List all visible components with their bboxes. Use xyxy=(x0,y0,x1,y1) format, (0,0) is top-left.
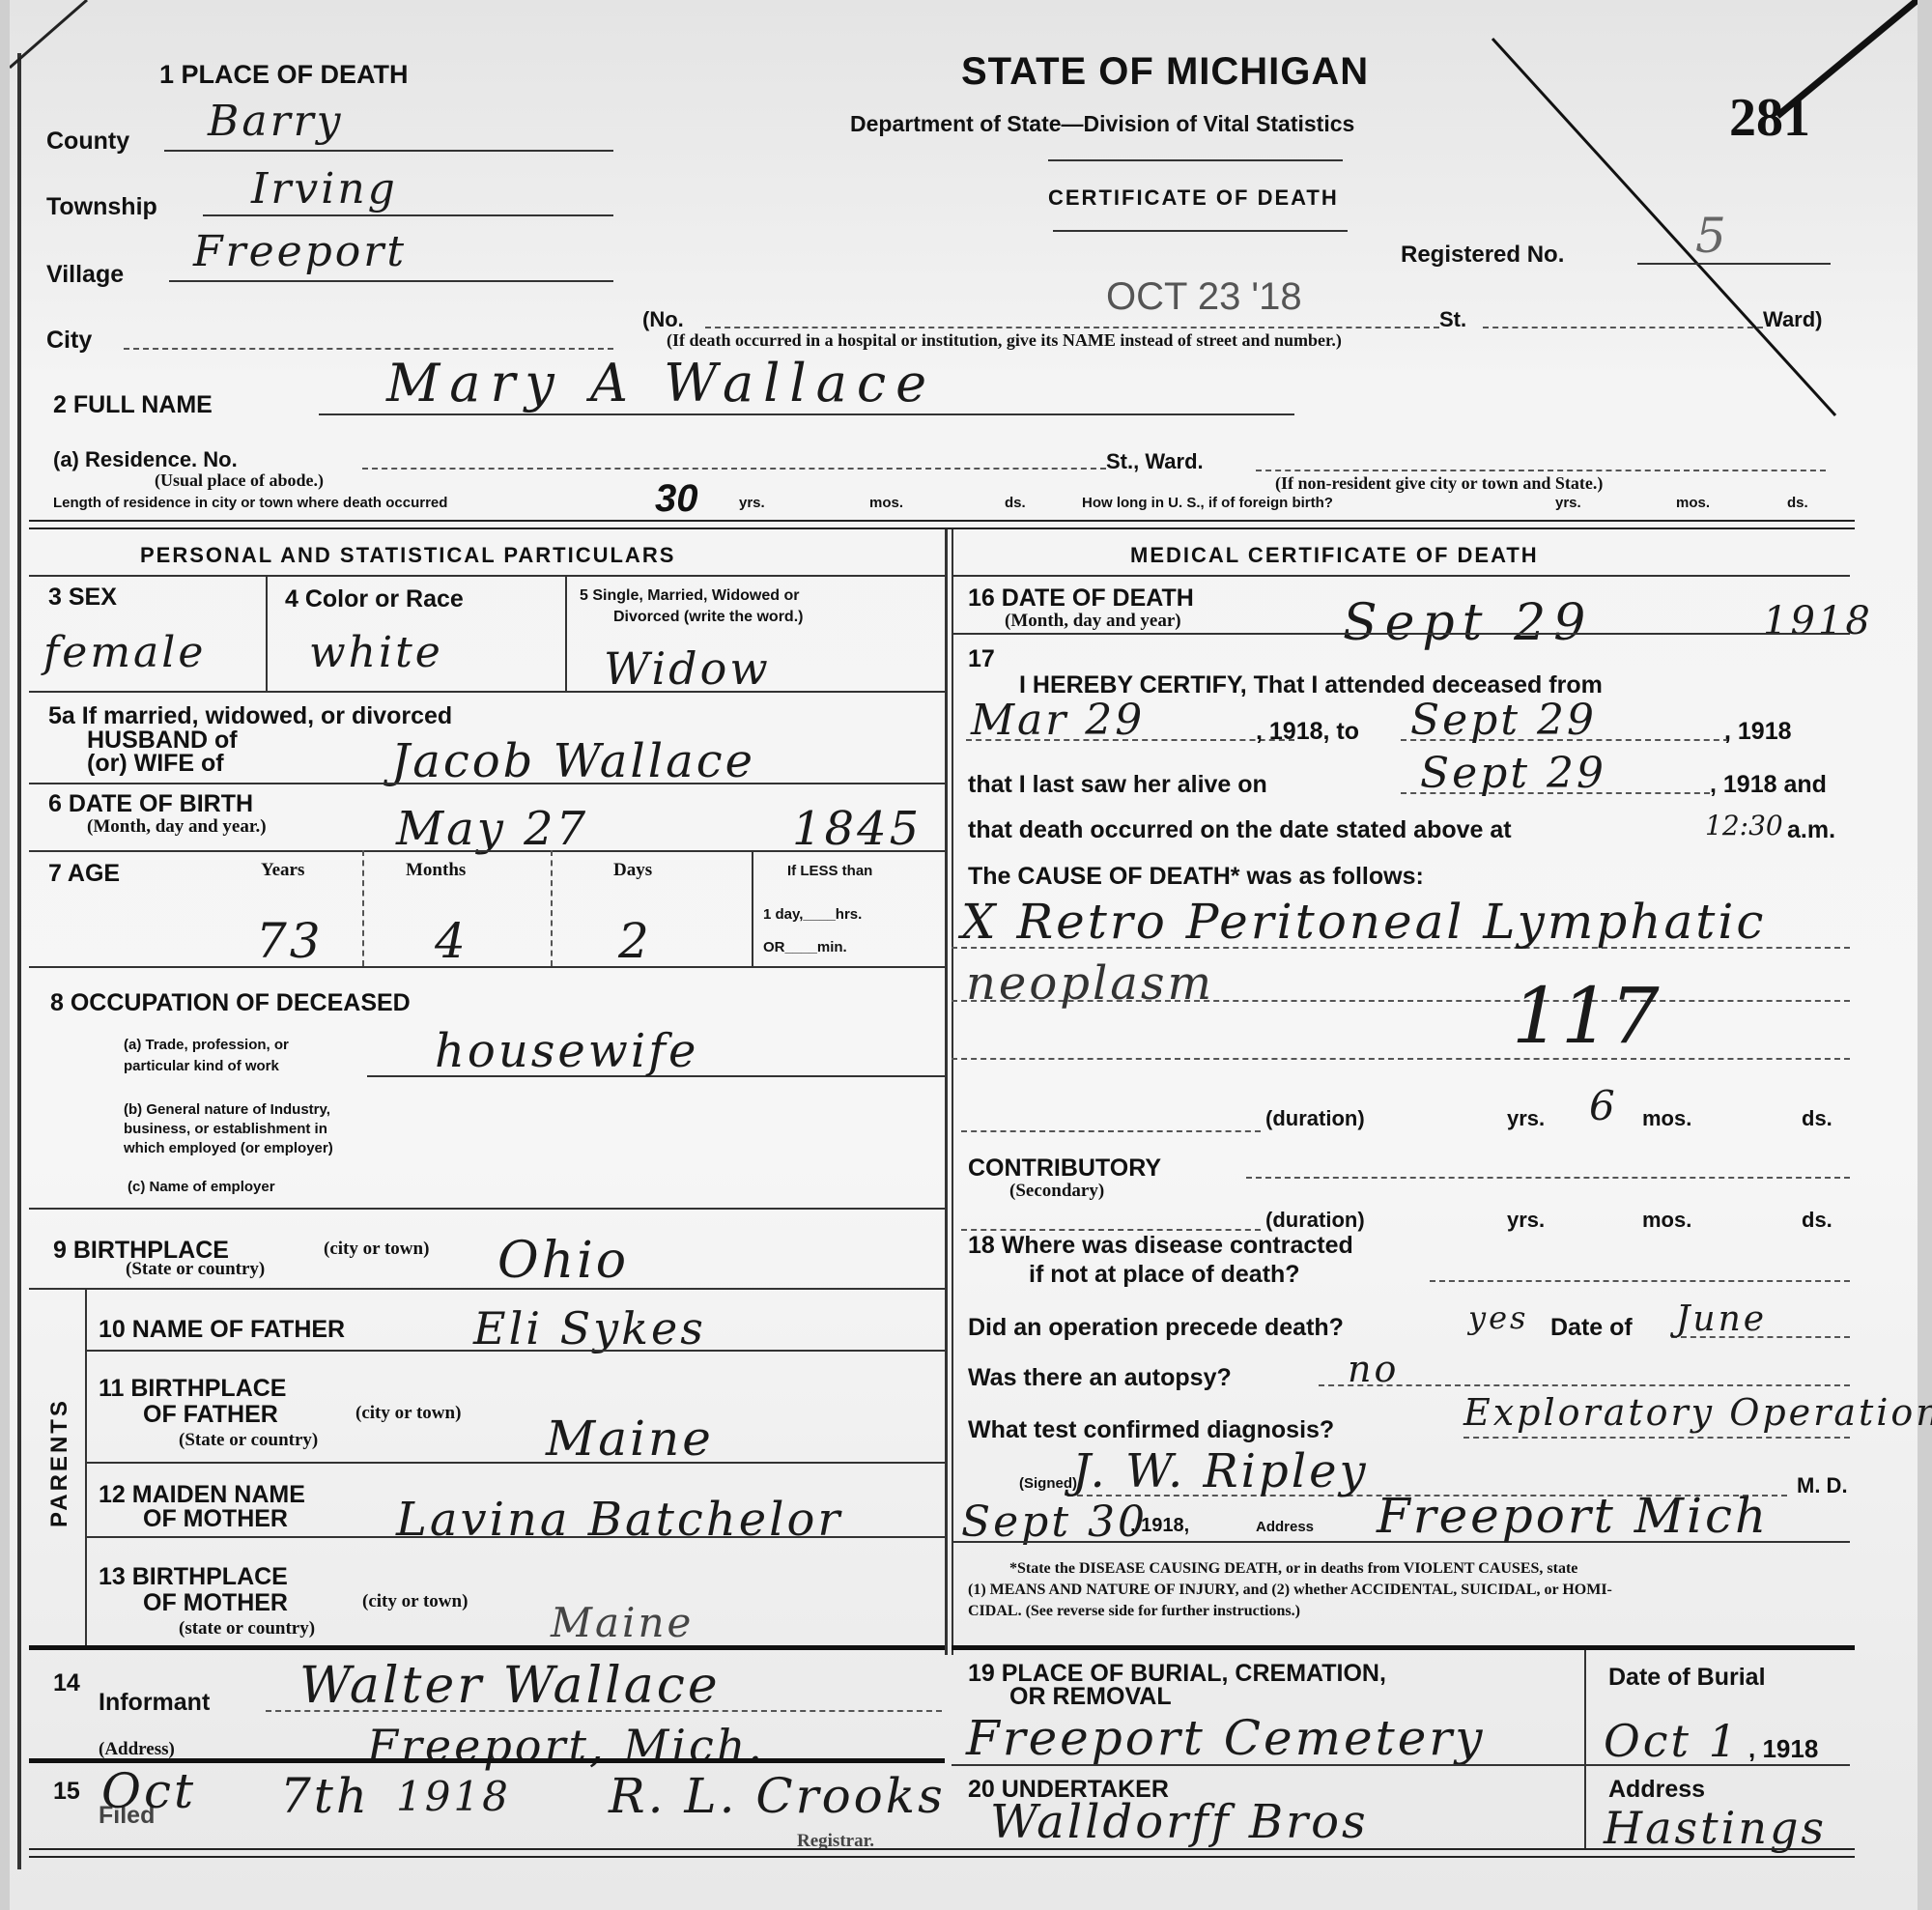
age-days-value: 2 xyxy=(618,913,652,969)
registered-no-value: 5 xyxy=(1695,208,1729,264)
contributory-sublabel: (Secondary) xyxy=(1009,1181,1104,1202)
filed-year: 1918 xyxy=(396,1773,511,1820)
filed-num: 15 xyxy=(53,1778,80,1806)
test-line xyxy=(1463,1437,1850,1439)
contrib-mos-label: mos. xyxy=(1642,1208,1691,1233)
operation-value: yes xyxy=(1468,1299,1528,1336)
city-label: City xyxy=(46,327,92,355)
informant-address-label: (Address) xyxy=(99,1739,175,1760)
cause-label: The CAUSE OF DEATH* was as follows: xyxy=(968,863,1424,891)
signed-label: (Signed) xyxy=(1019,1475,1077,1492)
operation-label: Did an operation precede death? xyxy=(968,1314,1344,1342)
residence-label: (a) Residence. No. xyxy=(53,447,238,472)
marital-label-1: 5 Single, Married, Widowed or xyxy=(580,587,799,605)
divider xyxy=(1048,159,1343,161)
operation-date-label: Date of xyxy=(1550,1314,1633,1342)
cause-code: 117 xyxy=(1512,971,1660,1061)
length-residence-years: 30 xyxy=(655,477,698,521)
days-label: Days xyxy=(613,860,652,881)
residence-line xyxy=(362,468,1106,470)
father-name-label: 10 NAME OF FATHER xyxy=(99,1316,345,1344)
dob-label: 6 DATE OF BIRTH xyxy=(48,790,253,818)
item-17-num: 17 xyxy=(968,645,995,673)
yrs-label: yrs. xyxy=(739,495,765,511)
divider xyxy=(952,633,1850,635)
registrar-signature: R. L. Crooks xyxy=(609,1768,946,1824)
registered-no-label: Registered No. xyxy=(1401,242,1564,269)
divider xyxy=(29,1288,945,1290)
age-months-value: 4 xyxy=(435,913,469,969)
divider xyxy=(29,1208,945,1210)
medical-title: MEDICAL CERTIFICATE OF DEATH xyxy=(1130,543,1539,568)
full-name-line xyxy=(319,413,1294,415)
village-label: Village xyxy=(46,261,124,289)
physician-signature: J. W. Ripley xyxy=(1072,1444,1369,1498)
time-label: that death occurred on the date stated a… xyxy=(968,816,1512,844)
from-year: , 1918, to xyxy=(1256,718,1359,746)
cause-line-3 xyxy=(952,1058,1850,1060)
spouse-label-3: (or) WIFE of xyxy=(87,750,224,778)
marital-value: Widow xyxy=(604,642,771,695)
duration-line xyxy=(961,1130,1261,1132)
sex-value: female xyxy=(43,628,206,677)
dod-label: 16 DATE OF DEATH xyxy=(968,584,1194,613)
father-bp-label-1: 11 BIRTHPLACE xyxy=(99,1375,286,1403)
months-label: Months xyxy=(406,860,466,881)
ward-line xyxy=(1483,327,1763,328)
occupation-value: housewife xyxy=(435,1024,698,1078)
full-name-value: Mary A Wallace xyxy=(386,353,936,413)
sex-label: 3 SEX xyxy=(48,584,117,612)
race-label: 4 Color or Race xyxy=(285,585,464,613)
where-contracted-label-1: 18 Where was disease contracted xyxy=(968,1232,1353,1260)
day-hrs-label: 1 day,____hrs. xyxy=(763,906,862,923)
form-title: CERTIFICATE OF DEATH xyxy=(1048,185,1339,211)
ward-label: Ward) xyxy=(1763,307,1823,332)
spouse-value: Jacob Wallace xyxy=(391,734,755,788)
less-than-label: If LESS than xyxy=(787,863,872,879)
time-value: 12:30 xyxy=(1705,810,1783,841)
contrib-ds-label: ds. xyxy=(1802,1208,1833,1233)
occ-b-label-3: which employed (or employer) xyxy=(124,1140,333,1156)
informant-name: Walter Wallace xyxy=(299,1657,721,1715)
informant-num: 14 xyxy=(53,1669,80,1697)
personal-title: PERSONAL AND STATISTICAL PARTICULARS xyxy=(140,543,675,568)
township-label: Township xyxy=(46,193,157,221)
where-contracted-line xyxy=(1430,1280,1850,1282)
state-title: STATE OF MICHIGAN xyxy=(961,50,1369,94)
undertaker-address-label: Address xyxy=(1608,1776,1705,1804)
occ-a-label-1: (a) Trade, profession, or xyxy=(124,1037,289,1053)
nonresident-note: (If non-resident give city or town and S… xyxy=(1275,473,1603,494)
column-divider xyxy=(945,529,948,1655)
time-suffix: a.m. xyxy=(1787,816,1835,844)
nonresident-line xyxy=(1256,470,1826,471)
contrib-duration-line xyxy=(961,1229,1261,1231)
last-saw-year: , 1918 and xyxy=(1710,771,1827,799)
divider xyxy=(29,783,945,784)
section-divider xyxy=(29,1645,945,1650)
father-bp-sub-1: (city or town) xyxy=(355,1403,461,1424)
physician-address: Freeport Mich xyxy=(1377,1488,1769,1544)
to-year: , 1918 xyxy=(1724,718,1792,746)
divider xyxy=(1053,230,1348,232)
mother-bp-value: Maine xyxy=(551,1599,694,1646)
mother-label-2: OF MOTHER xyxy=(143,1505,288,1533)
section-divider xyxy=(952,1645,1855,1650)
father-bp-value: Maine xyxy=(546,1411,714,1467)
operation-date-value: June xyxy=(1676,1299,1767,1339)
footnote-1: *State the DISEASE CAUSING DEATH, or in … xyxy=(1009,1560,1577,1578)
duration-yrs-label: yrs. xyxy=(1507,1106,1545,1131)
last-saw-label: that I last saw her alive on xyxy=(968,771,1267,799)
received-date-stamp: OCT 23 '18 xyxy=(1106,275,1302,319)
md-label: M. D. xyxy=(1797,1473,1848,1498)
informant-label: Informant xyxy=(99,1689,210,1717)
city-line xyxy=(124,348,613,350)
father-bp-label-2: OF FATHER xyxy=(143,1401,278,1429)
county-value: Barry xyxy=(208,97,344,146)
contributory-line xyxy=(1246,1177,1850,1179)
where-contracted-label-2: if not at place of death? xyxy=(1029,1261,1300,1289)
divider xyxy=(85,1350,945,1352)
divider xyxy=(85,1462,945,1464)
burial-date-label: Date of Burial xyxy=(1608,1664,1766,1692)
department-title: Department of State—Division of Vital St… xyxy=(850,111,1354,137)
death-certificate: 1 PLACE OF DEATH STATE OF MICHIGAN Depar… xyxy=(10,0,1918,1910)
full-name-label: 2 FULL NAME xyxy=(53,391,213,419)
filed-month: Oct xyxy=(101,1763,196,1819)
column-divider xyxy=(952,529,953,1655)
contributory-label: CONTRIBUTORY xyxy=(968,1155,1161,1183)
street-no-label: (No. xyxy=(642,307,684,332)
dod-value: Sept 29 xyxy=(1343,594,1593,652)
duration-mos-label: mos. xyxy=(1642,1106,1691,1131)
county-line xyxy=(164,150,613,152)
sign-date: Sept 30 xyxy=(961,1497,1148,1547)
attended-from-value: Mar 29 xyxy=(971,696,1145,745)
divider xyxy=(85,1536,945,1538)
occupation-label: 8 OCCUPATION OF DECEASED xyxy=(50,989,411,1017)
mother-bp-label-2: OF MOTHER xyxy=(143,1589,288,1617)
contrib-duration-label: (duration) xyxy=(1265,1208,1365,1233)
township-value: Irving xyxy=(251,164,398,214)
us-residence-label: How long in U. S., if of foreign birth? xyxy=(1082,495,1333,511)
dob-sublabel: (Month, day and year.) xyxy=(87,816,267,838)
us-yrs-label: yrs. xyxy=(1555,495,1581,511)
occ-a-label-2: particular kind of work xyxy=(124,1058,279,1074)
burial-place-value: Freeport Cemetery xyxy=(966,1710,1485,1766)
birthplace-value: Ohio xyxy=(497,1232,629,1290)
st-ward-label: St., Ward. xyxy=(1106,449,1204,474)
us-mos-label: mos. xyxy=(1676,495,1710,511)
street-line xyxy=(705,327,1439,328)
father-name-value: Eli Sykes xyxy=(473,1302,706,1354)
mother-bp-sub-1: (city or town) xyxy=(362,1591,468,1612)
filed-day: 7th xyxy=(280,1768,370,1824)
birthplace-sub-1: (city or town) xyxy=(324,1239,429,1260)
autopsy-value: no xyxy=(1348,1348,1399,1390)
burial-place-label-2: OR REMOVAL xyxy=(1009,1683,1172,1711)
dob-month-day: May 27 xyxy=(396,802,588,856)
registered-no-line xyxy=(1637,263,1831,265)
physician-address-label: Address xyxy=(1256,1519,1314,1535)
burial-date-year: , 1918 xyxy=(1748,1734,1818,1764)
attended-to-value: Sept 29 xyxy=(1410,696,1597,745)
residence-sublabel: (Usual place of abode.) xyxy=(155,470,324,491)
us-ds-label: ds. xyxy=(1787,495,1808,511)
dod-sublabel: (Month, day and year) xyxy=(1005,611,1181,632)
dod-year: 1918 xyxy=(1763,599,1873,643)
cell-divider xyxy=(551,850,553,966)
undertaker-address: Hastings xyxy=(1604,1802,1827,1854)
village-line xyxy=(169,280,613,282)
cell-divider xyxy=(362,850,364,966)
last-saw-value: Sept 29 xyxy=(1420,749,1606,798)
county-label: County xyxy=(46,128,129,156)
autopsy-label: Was there an autopsy? xyxy=(968,1364,1232,1392)
township-line xyxy=(203,214,613,216)
years-label: Years xyxy=(261,860,304,881)
parents-divider xyxy=(85,1288,87,1645)
burial-date-month: Oct 1 xyxy=(1604,1715,1740,1767)
cell-divider xyxy=(752,850,753,966)
divider xyxy=(29,850,945,852)
divider xyxy=(29,691,945,693)
length-residence-label: Length of residence in city or town wher… xyxy=(53,495,447,511)
cause-line-1-value: X Retro Peritoneal Lymphatic xyxy=(961,894,1766,950)
informant-address: Freeport, Mich. xyxy=(367,1720,765,1772)
birthplace-sub-2: (State or country) xyxy=(126,1259,265,1280)
age-label: 7 AGE xyxy=(48,860,120,888)
footnote-3: CIDAL. (See reverse side for further ins… xyxy=(968,1603,1300,1620)
parents-side-label: PARENTS xyxy=(46,1398,73,1527)
cause-line-2-value: neoplasm xyxy=(966,956,1214,1011)
bottom-border xyxy=(29,1848,1855,1858)
hospital-note: (If death occurred in a hospital or inst… xyxy=(667,330,1342,351)
divider xyxy=(952,575,1850,577)
st-label: St. xyxy=(1439,307,1466,332)
section-divider xyxy=(29,520,1855,529)
marital-label-2: Divorced (write the word.) xyxy=(613,609,803,626)
divider xyxy=(29,575,945,577)
occ-b-label-1: (b) General nature of Industry, xyxy=(124,1101,330,1118)
divider xyxy=(29,966,945,968)
place-of-death-title: 1 PLACE OF DEATH xyxy=(159,60,409,90)
test-value: Exploratory Operation xyxy=(1463,1391,1932,1434)
mother-value: Lavina Batchelor xyxy=(396,1493,842,1547)
cell-divider xyxy=(266,575,268,691)
cell-divider xyxy=(565,575,567,691)
footnote-2: (1) MEANS AND NATURE OF INJURY, and (2) … xyxy=(968,1582,1612,1599)
burial-column-divider xyxy=(1584,1650,1586,1848)
occ-c-label: (c) Name of employer xyxy=(128,1179,275,1195)
mother-bp-sub-2: (state or country) xyxy=(179,1618,315,1639)
mos-label: mos. xyxy=(869,495,903,511)
sign-year: , 1918, xyxy=(1130,1515,1189,1537)
contrib-yrs-label: yrs. xyxy=(1507,1208,1545,1233)
occ-b-label-2: business, or establishment in xyxy=(124,1121,327,1137)
duration-ds-label: ds. xyxy=(1802,1106,1833,1131)
mother-bp-label-1: 13 BIRTHPLACE xyxy=(99,1563,288,1591)
duration-label: (duration) xyxy=(1265,1106,1365,1131)
duration-months-value: 6 xyxy=(1589,1082,1618,1129)
race-value: white xyxy=(309,628,443,677)
undertaker-value: Walldorff Bros xyxy=(990,1795,1369,1849)
or-min-label: OR____min. xyxy=(763,939,847,955)
dob-year: 1845 xyxy=(792,802,922,856)
village-value: Freeport xyxy=(193,227,407,276)
test-label: What test confirmed diagnosis? xyxy=(968,1416,1334,1444)
age-years-value: 73 xyxy=(256,913,324,969)
father-bp-sub-2: (State or country) xyxy=(179,1430,318,1451)
ds-label: ds. xyxy=(1005,495,1026,511)
file-number: 281 xyxy=(1729,87,1810,149)
